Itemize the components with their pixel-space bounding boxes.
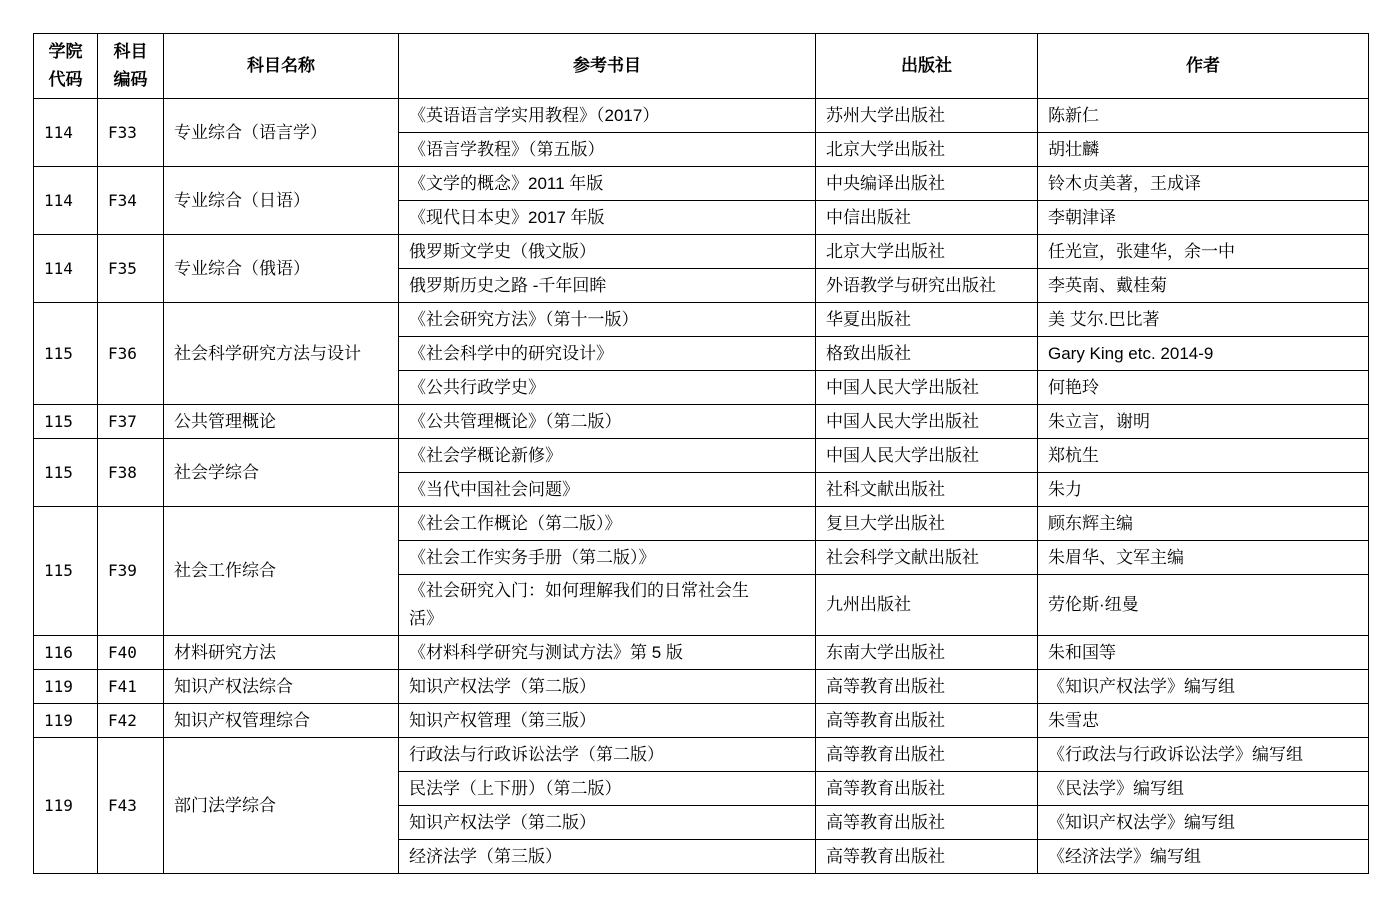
subject-name-cell: 专业综合（日语） [164, 167, 399, 235]
author-cell: 朱雪忠 [1038, 704, 1369, 738]
author-cell: 铃木贞美著，王成译 [1038, 167, 1369, 201]
author-cell: 《行政法与行政诉讼法学》编写组 [1038, 738, 1369, 772]
author-cell: 《知识产权法学》编写组 [1038, 806, 1369, 840]
table-row: 119F43部门法学综合行政法与行政诉讼法学（第二版）高等教育出版社《行政法与行… [34, 738, 1369, 772]
table-row: 116F40材料研究方法《材料科学研究与测试方法》第 5 版东南大学出版社朱和国… [34, 636, 1369, 670]
subject-code-cell: F40 [98, 636, 164, 670]
publisher-cell: 高等教育出版社 [816, 840, 1038, 874]
book-title-cell: 知识产权管理（第三版） [399, 704, 816, 738]
table-body: 114F33专业综合（语言学）《英语语言学实用教程》（2017）苏州大学出版社陈… [34, 99, 1369, 874]
author-cell: 郑杭生 [1038, 439, 1369, 473]
college-code-cell: 114 [34, 235, 98, 303]
book-title-cell: 《社会研究入门：如何理解我们的日常社会生 活》 [399, 575, 816, 636]
book-title-cell: 行政法与行政诉讼法学（第二版） [399, 738, 816, 772]
column-header-college-code: 学院 代码 [34, 34, 98, 99]
reference-books-table: 学院 代码 科目 编码 科目名称 参考书目 出版社 作者 114F33专业综合（… [33, 33, 1369, 874]
publisher-cell: 中信出版社 [816, 201, 1038, 235]
publisher-cell: 苏州大学出版社 [816, 99, 1038, 133]
publisher-cell: 九州出版社 [816, 575, 1038, 636]
author-cell: 朱力 [1038, 473, 1369, 507]
subject-code-cell: F42 [98, 704, 164, 738]
author-cell: Gary King etc. 2014-9 [1038, 337, 1369, 371]
book-title-cell: 知识产权法学（第二版） [399, 806, 816, 840]
publisher-cell: 北京大学出版社 [816, 235, 1038, 269]
table-row: 114F33专业综合（语言学）《英语语言学实用教程》（2017）苏州大学出版社陈… [34, 99, 1369, 133]
college-code-cell: 114 [34, 167, 98, 235]
column-header-reference-books: 参考书目 [399, 34, 816, 99]
header-row: 学院 代码 科目 编码 科目名称 参考书目 出版社 作者 [34, 34, 1369, 99]
book-title-cell: 《公共行政学史》 [399, 371, 816, 405]
table-row: 119F41知识产权法综合知识产权法学（第二版）高等教育出版社《知识产权法学》编… [34, 670, 1369, 704]
college-code-cell: 114 [34, 99, 98, 167]
publisher-cell: 高等教育出版社 [816, 806, 1038, 840]
book-title-cell: 俄罗斯文学史（俄文版） [399, 235, 816, 269]
subject-name-cell: 社会学综合 [164, 439, 399, 507]
college-code-cell: 119 [34, 738, 98, 874]
college-code-cell: 115 [34, 405, 98, 439]
publisher-cell: 复旦大学出版社 [816, 507, 1038, 541]
subject-code-cell: F43 [98, 738, 164, 874]
college-code-cell: 116 [34, 636, 98, 670]
table-row: 119F42知识产权管理综合知识产权管理（第三版）高等教育出版社朱雪忠 [34, 704, 1369, 738]
book-title-cell: 《语言学教程》（第五版） [399, 133, 816, 167]
book-title-cell: 《社会学概论新修》 [399, 439, 816, 473]
college-code-cell: 119 [34, 704, 98, 738]
book-title-cell: 《公共管理概论》（第二版） [399, 405, 816, 439]
book-title-cell: 《社会工作概论（第二版）》 [399, 507, 816, 541]
college-code-cell: 115 [34, 507, 98, 636]
subject-name-cell: 知识产权法综合 [164, 670, 399, 704]
publisher-cell: 东南大学出版社 [816, 636, 1038, 670]
publisher-cell: 格致出版社 [816, 337, 1038, 371]
book-title-cell: 经济法学（第三版） [399, 840, 816, 874]
subject-name-cell: 专业综合（俄语） [164, 235, 399, 303]
table-row: 114F34专业综合（日语）《文学的概念》2011 年版中央编译出版社铃木贞美著… [34, 167, 1369, 201]
subject-code-cell: F33 [98, 99, 164, 167]
subject-name-cell: 材料研究方法 [164, 636, 399, 670]
subject-code-cell: F34 [98, 167, 164, 235]
author-cell: 《民法学》编写组 [1038, 772, 1369, 806]
subject-name-cell: 专业综合（语言学） [164, 99, 399, 167]
publisher-cell: 外语教学与研究出版社 [816, 269, 1038, 303]
table-row: 115F39社会工作综合《社会工作概论（第二版）》复旦大学出版社顾东辉主编 [34, 507, 1369, 541]
author-cell: 何艳玲 [1038, 371, 1369, 405]
publisher-cell: 高等教育出版社 [816, 772, 1038, 806]
column-header-subject-code: 科目 编码 [98, 34, 164, 99]
book-title-cell: 《英语语言学实用教程》（2017） [399, 99, 816, 133]
document-page: 学院 代码 科目 编码 科目名称 参考书目 出版社 作者 114F33专业综合（… [0, 0, 1397, 897]
author-cell: 朱和国等 [1038, 636, 1369, 670]
subject-code-cell: F37 [98, 405, 164, 439]
book-title-cell: 《社会研究方法》（第十一版） [399, 303, 816, 337]
publisher-cell: 社会科学文献出版社 [816, 541, 1038, 575]
college-code-cell: 115 [34, 439, 98, 507]
book-title-cell: 民法学（上下册）（第二版） [399, 772, 816, 806]
subject-name-cell: 社会工作综合 [164, 507, 399, 636]
author-cell: 劳伦斯·纽曼 [1038, 575, 1369, 636]
column-header-publisher: 出版社 [816, 34, 1038, 99]
book-title-cell: 《社会科学中的研究设计》 [399, 337, 816, 371]
subject-name-cell: 社会科学研究方法与设计 [164, 303, 399, 405]
college-code-cell: 119 [34, 670, 98, 704]
author-cell: 美 艾尔.巴比著 [1038, 303, 1369, 337]
author-cell: 《经济法学》编写组 [1038, 840, 1369, 874]
subject-name-cell: 部门法学综合 [164, 738, 399, 874]
subject-code-cell: F35 [98, 235, 164, 303]
author-cell: 任光宣，张建华，余一中 [1038, 235, 1369, 269]
author-cell: 李朝津译 [1038, 201, 1369, 235]
table-row: 114F35专业综合（俄语）俄罗斯文学史（俄文版）北京大学出版社任光宣，张建华，… [34, 235, 1369, 269]
table-header: 学院 代码 科目 编码 科目名称 参考书目 出版社 作者 [34, 34, 1369, 99]
book-title-cell: 《现代日本史》2017 年版 [399, 201, 816, 235]
author-cell: 陈新仁 [1038, 99, 1369, 133]
author-cell: 顾东辉主编 [1038, 507, 1369, 541]
subject-code-cell: F36 [98, 303, 164, 405]
subject-name-cell: 知识产权管理综合 [164, 704, 399, 738]
author-cell: 朱立言，谢明 [1038, 405, 1369, 439]
subject-code-cell: F41 [98, 670, 164, 704]
publisher-cell: 中国人民大学出版社 [816, 371, 1038, 405]
publisher-cell: 中国人民大学出版社 [816, 439, 1038, 473]
publisher-cell: 高等教育出版社 [816, 670, 1038, 704]
book-title-cell: 《社会工作实务手册（第二版）》 [399, 541, 816, 575]
book-title-cell: 俄罗斯历史之路 -千年回眸 [399, 269, 816, 303]
book-title-cell: 《文学的概念》2011 年版 [399, 167, 816, 201]
column-header-subject-name: 科目名称 [164, 34, 399, 99]
subject-name-cell: 公共管理概论 [164, 405, 399, 439]
book-title-cell: 知识产权法学（第二版） [399, 670, 816, 704]
publisher-cell: 社科文献出版社 [816, 473, 1038, 507]
subject-code-cell: F39 [98, 507, 164, 636]
author-cell: 朱眉华、文军主编 [1038, 541, 1369, 575]
book-title-cell: 《当代中国社会问题》 [399, 473, 816, 507]
publisher-cell: 中国人民大学出版社 [816, 405, 1038, 439]
column-header-author: 作者 [1038, 34, 1369, 99]
author-cell: 胡壮麟 [1038, 133, 1369, 167]
table-row: 115F36社会科学研究方法与设计《社会研究方法》（第十一版）华夏出版社美 艾尔… [34, 303, 1369, 337]
table-row: 115F38社会学综合《社会学概论新修》中国人民大学出版社郑杭生 [34, 439, 1369, 473]
publisher-cell: 中央编译出版社 [816, 167, 1038, 201]
college-code-cell: 115 [34, 303, 98, 405]
author-cell: 《知识产权法学》编写组 [1038, 670, 1369, 704]
book-title-cell: 《材料科学研究与测试方法》第 5 版 [399, 636, 816, 670]
publisher-cell: 北京大学出版社 [816, 133, 1038, 167]
author-cell: 李英南、戴桂菊 [1038, 269, 1369, 303]
subject-code-cell: F38 [98, 439, 164, 507]
publisher-cell: 华夏出版社 [816, 303, 1038, 337]
table-row: 115F37公共管理概论《公共管理概论》（第二版）中国人民大学出版社朱立言，谢明 [34, 405, 1369, 439]
publisher-cell: 高等教育出版社 [816, 738, 1038, 772]
publisher-cell: 高等教育出版社 [816, 704, 1038, 738]
